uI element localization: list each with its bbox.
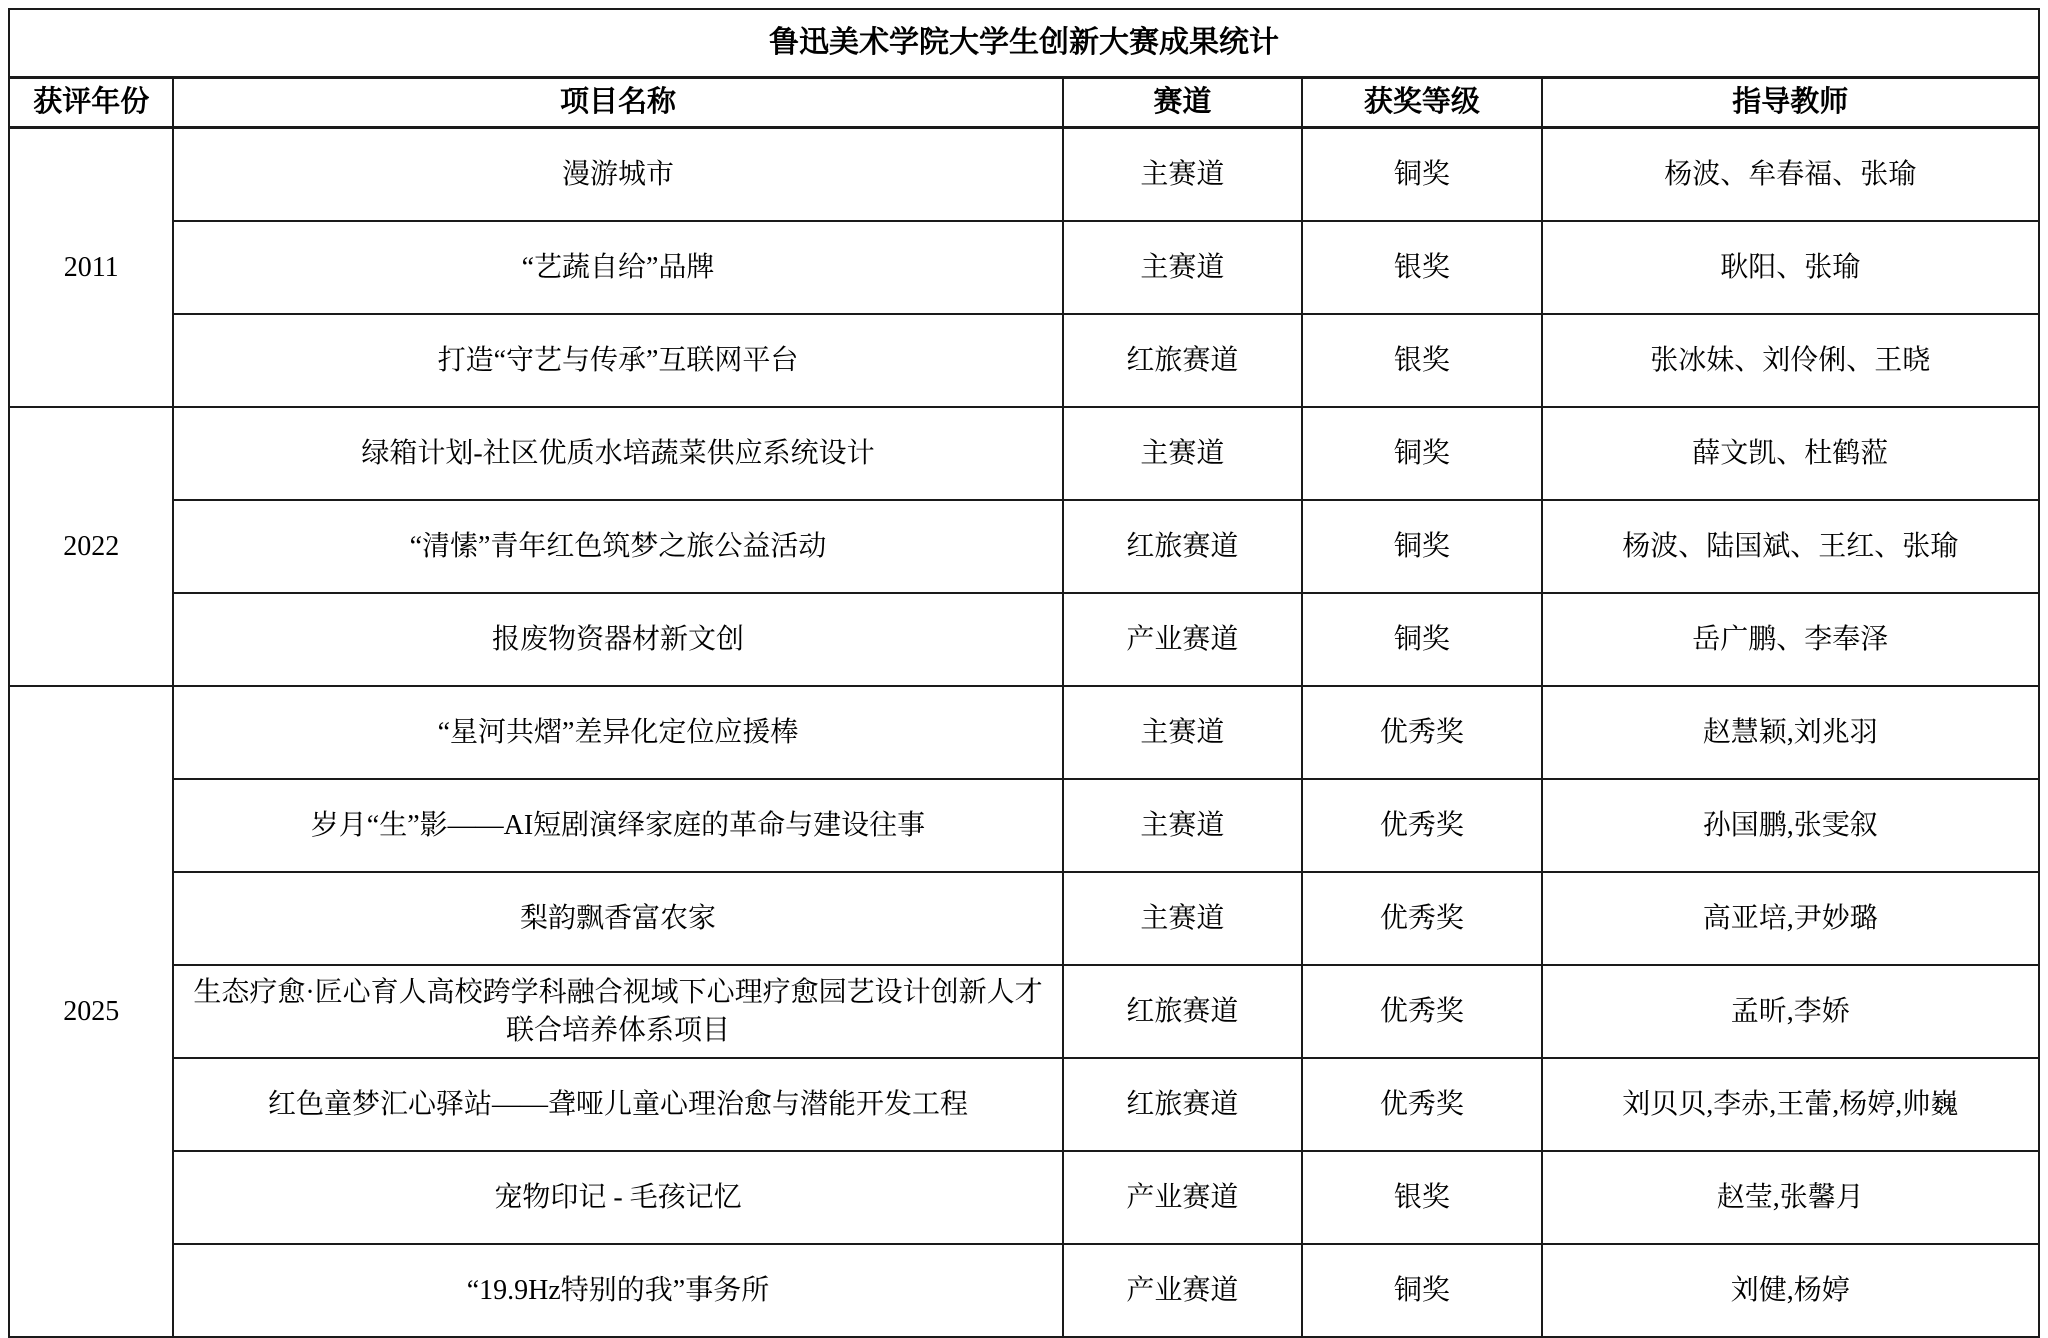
- table-row: 2022 绿箱计划-社区优质水培蔬菜供应系统设计 主赛道 铜奖 薛文凯、杜鹤蒞: [9, 407, 2039, 500]
- advisors-cell: 孙国鹏,张雯叙: [1542, 779, 2039, 872]
- track-cell: 红旅赛道: [1063, 500, 1303, 593]
- page: 鲁迅美术学院大学生创新大赛成果统计 获评年份 项目名称 赛道 获奖等级 指导教师…: [0, 0, 2048, 1307]
- table-row: 2011 漫游城市 主赛道 铜奖 杨波、牟春福、张瑜: [9, 128, 2039, 222]
- table-row: 报废物资器材新文创 产业赛道 铜奖 岳广鹏、李奉泽: [9, 593, 2039, 686]
- project-cell: 红色童梦汇心驿站——聋哑儿童心理治愈与潜能开发工程: [173, 1058, 1062, 1151]
- table-title-row: 鲁迅美术学院大学生创新大赛成果统计: [9, 9, 2039, 78]
- track-cell: 产业赛道: [1063, 1244, 1303, 1337]
- project-cell: 漫游城市: [173, 128, 1062, 222]
- project-cell: 梨韵飘香富农家: [173, 872, 1062, 965]
- project-cell: 打造“守艺与传承”互联网平台: [173, 314, 1062, 407]
- award-cell: 银奖: [1302, 221, 1542, 314]
- track-cell: 主赛道: [1063, 779, 1303, 872]
- track-cell: 红旅赛道: [1063, 314, 1303, 407]
- column-header-year: 获评年份: [9, 78, 173, 128]
- column-header-track: 赛道: [1063, 78, 1303, 128]
- track-cell: 红旅赛道: [1063, 1058, 1303, 1151]
- advisors-cell: 岳广鹏、李奉泽: [1542, 593, 2039, 686]
- project-cell: 岁月“生”影——AI短剧演绎家庭的革命与建设往事: [173, 779, 1062, 872]
- track-cell: 产业赛道: [1063, 593, 1303, 686]
- advisors-cell: 杨波、陆国斌、王红、张瑜: [1542, 500, 2039, 593]
- award-cell: 铜奖: [1302, 593, 1542, 686]
- table-row: 打造“守艺与传承”互联网平台 红旅赛道 银奖 张冰妹、刘伶俐、王晓: [9, 314, 2039, 407]
- year-cell-2011: 2011: [9, 128, 173, 408]
- award-cell: 优秀奖: [1302, 1058, 1542, 1151]
- track-cell: 主赛道: [1063, 872, 1303, 965]
- table-row: 宠物印记 - 毛孩记忆 产业赛道 银奖 赵莹,张馨月: [9, 1151, 2039, 1244]
- track-cell: 主赛道: [1063, 686, 1303, 779]
- table-row: 红色童梦汇心驿站——聋哑儿童心理治愈与潜能开发工程 红旅赛道 优秀奖 刘贝贝,李…: [9, 1058, 2039, 1151]
- track-cell: 主赛道: [1063, 221, 1303, 314]
- advisors-cell: 耿阳、张瑜: [1542, 221, 2039, 314]
- project-cell: 报废物资器材新文创: [173, 593, 1062, 686]
- track-cell: 主赛道: [1063, 407, 1303, 500]
- year-cell-2025: 2025: [9, 686, 173, 1337]
- track-cell: 主赛道: [1063, 128, 1303, 222]
- advisors-cell: 薛文凯、杜鹤蒞: [1542, 407, 2039, 500]
- project-cell: “星河共熠”差异化定位应援棒: [173, 686, 1062, 779]
- project-cell: 绿箱计划-社区优质水培蔬菜供应系统设计: [173, 407, 1062, 500]
- table-header-row: 获评年份 项目名称 赛道 获奖等级 指导教师: [9, 78, 2039, 128]
- advisors-cell: 张冰妹、刘伶俐、王晓: [1542, 314, 2039, 407]
- project-cell: 生态疗愈·匠心育人高校跨学科融合视域下心理疗愈园艺设计创新人才联合培养体系项目: [173, 965, 1062, 1058]
- track-cell: 红旅赛道: [1063, 965, 1303, 1058]
- advisors-cell: 高亚培,尹妙璐: [1542, 872, 2039, 965]
- project-cell: 宠物印记 - 毛孩记忆: [173, 1151, 1062, 1244]
- table-row: “19.9Hz特别的我”事务所 产业赛道 铜奖 刘健,杨婷: [9, 1244, 2039, 1337]
- column-header-award: 获奖等级: [1302, 78, 1542, 128]
- award-cell: 银奖: [1302, 314, 1542, 407]
- table-row: 生态疗愈·匠心育人高校跨学科融合视域下心理疗愈园艺设计创新人才联合培养体系项目 …: [9, 965, 2039, 1058]
- advisors-cell: 杨波、牟春福、张瑜: [1542, 128, 2039, 222]
- year-cell-2022: 2022: [9, 407, 173, 686]
- table-title: 鲁迅美术学院大学生创新大赛成果统计: [9, 9, 2039, 78]
- table-row: 岁月“生”影——AI短剧演绎家庭的革命与建设往事 主赛道 优秀奖 孙国鹏,张雯叙: [9, 779, 2039, 872]
- project-cell: “19.9Hz特别的我”事务所: [173, 1244, 1062, 1337]
- project-cell: “清愫”青年红色筑梦之旅公益活动: [173, 500, 1062, 593]
- track-cell: 产业赛道: [1063, 1151, 1303, 1244]
- advisors-cell: 刘健,杨婷: [1542, 1244, 2039, 1337]
- award-cell: 铜奖: [1302, 128, 1542, 222]
- award-cell: 优秀奖: [1302, 779, 1542, 872]
- award-cell: 铜奖: [1302, 500, 1542, 593]
- award-cell: 铜奖: [1302, 1244, 1542, 1337]
- advisors-cell: 赵慧颖,刘兆羽: [1542, 686, 2039, 779]
- award-cell: 优秀奖: [1302, 686, 1542, 779]
- table-row: 梨韵飘香富农家 主赛道 优秀奖 高亚培,尹妙璐: [9, 872, 2039, 965]
- advisors-cell: 刘贝贝,李赤,王蕾,杨婷,帅巍: [1542, 1058, 2039, 1151]
- column-header-project: 项目名称: [173, 78, 1062, 128]
- project-cell: “艺蔬自给”品牌: [173, 221, 1062, 314]
- table-row: 2025 “星河共熠”差异化定位应援棒 主赛道 优秀奖 赵慧颖,刘兆羽: [9, 686, 2039, 779]
- award-cell: 优秀奖: [1302, 872, 1542, 965]
- advisors-cell: 赵莹,张馨月: [1542, 1151, 2039, 1244]
- table-row: “清愫”青年红色筑梦之旅公益活动 红旅赛道 铜奖 杨波、陆国斌、王红、张瑜: [9, 500, 2039, 593]
- table-row: “艺蔬自给”品牌 主赛道 银奖 耿阳、张瑜: [9, 221, 2039, 314]
- column-header-advisors: 指导教师: [1542, 78, 2039, 128]
- award-cell: 银奖: [1302, 1151, 1542, 1244]
- advisors-cell: 孟昕,李娇: [1542, 965, 2039, 1058]
- results-table: 鲁迅美术学院大学生创新大赛成果统计 获评年份 项目名称 赛道 获奖等级 指导教师…: [8, 8, 2040, 1338]
- award-cell: 铜奖: [1302, 407, 1542, 500]
- award-cell: 优秀奖: [1302, 965, 1542, 1058]
